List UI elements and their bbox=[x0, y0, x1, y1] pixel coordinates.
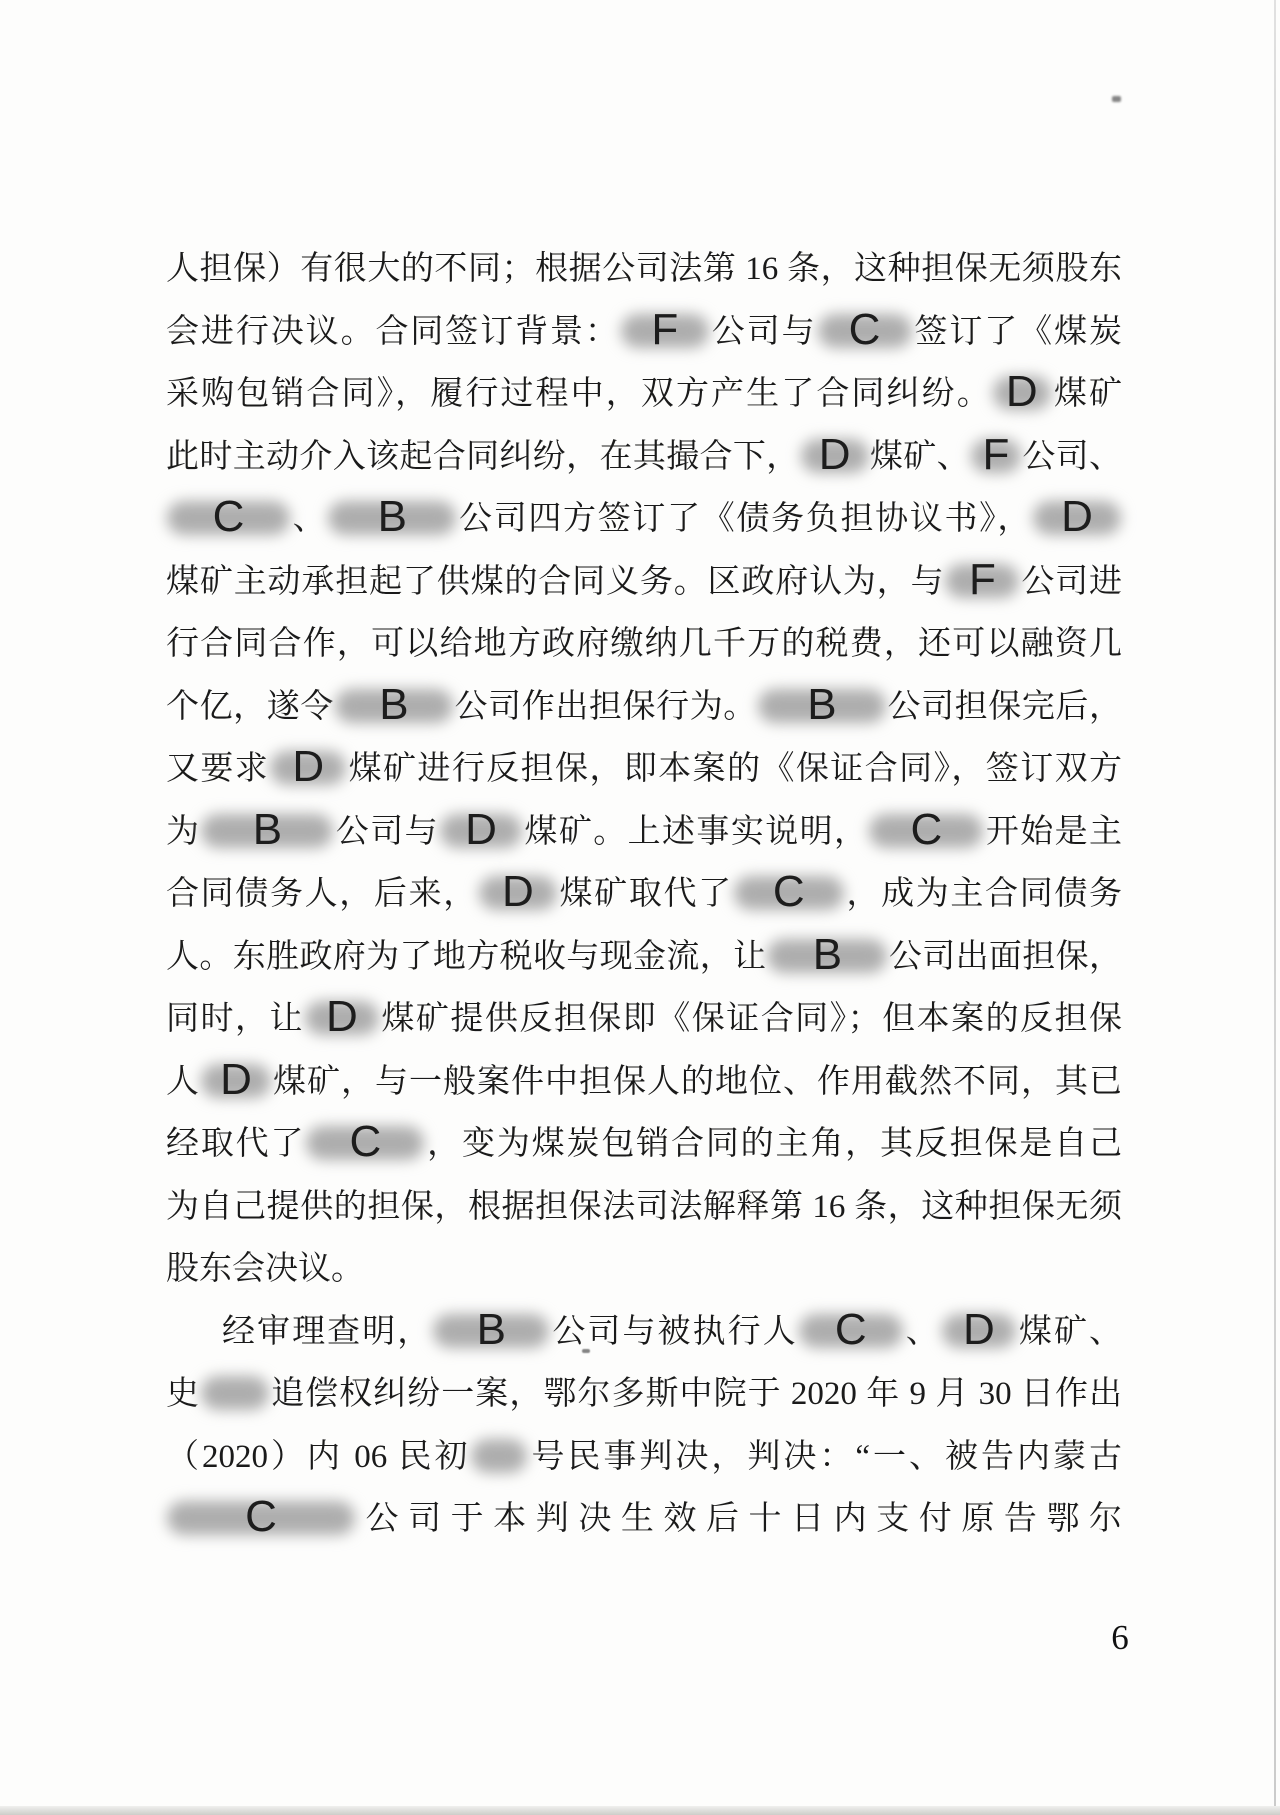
redaction-blob: D bbox=[800, 436, 870, 476]
redaction-label: D bbox=[800, 433, 870, 477]
text-line: 个亿，遂令B公司作出担保行为。B公司担保完后， bbox=[166, 684, 1122, 730]
text-segment: 人担保）有很大的不同；根据公司法第 16 条，这种担保无须股东 bbox=[166, 251, 1122, 287]
text-segment: 公司出面担保， bbox=[888, 939, 1122, 975]
text-segment: 公司四方签订了《债务负担协议书》， bbox=[457, 501, 1032, 537]
redaction-blob: F bbox=[944, 561, 1020, 601]
text-segment: 人。东胜政府为了地方税收与现金流，让 bbox=[166, 939, 766, 975]
text-segment: 、 bbox=[291, 501, 327, 537]
text-segment: 煤矿提供反担保即《保证合同》；但本案的反担保 bbox=[380, 1001, 1122, 1037]
text-line: C、B公司四方签订了《债务负担协议书》，D bbox=[166, 496, 1122, 542]
redaction-blob: B bbox=[757, 686, 887, 726]
redaction-label: F bbox=[970, 433, 1022, 477]
text-line: 人D煤矿，与一般案件中担保人的地位、作用截然不同，其已 bbox=[166, 1059, 1122, 1105]
text-line: 此时主动介入该起合同纠纷，在其撮合下，D煤矿、F公司、 bbox=[166, 434, 1122, 480]
redaction-blob: F bbox=[970, 436, 1022, 476]
text-segment: 煤矿。上述事实说明， bbox=[523, 814, 868, 850]
text-line: 为B公司与D煤矿。上述事实说明，C开始是主 bbox=[166, 809, 1122, 855]
scan-bottom-band bbox=[0, 1806, 1280, 1815]
text-segment: 公司与 bbox=[710, 314, 817, 350]
text-line: 采购包销合同》，履行过程中，双方产生了合同纠纷。D煤矿 bbox=[166, 371, 1122, 417]
scan-speck bbox=[582, 1349, 590, 1353]
redaction-blob: B bbox=[334, 686, 454, 726]
text-line: 股东会决议。 bbox=[166, 1246, 1122, 1292]
text-segment: ，变为煤炭包销合同的主角，其反担保是自己 bbox=[425, 1126, 1122, 1162]
text-line: 会进行决议。合同签订背景：F公司与C签订了《煤炭 bbox=[166, 309, 1122, 355]
text-segment: 公司与被执行人 bbox=[550, 1314, 797, 1350]
text-line: 合同债务人，后来，D煤矿取代了C，成为主合同债务 bbox=[166, 871, 1122, 917]
text-line: 为自己提供的担保，根据担保法司法解释第 16 条，这种担保无须 bbox=[166, 1184, 1122, 1230]
redaction-blob: D bbox=[478, 873, 558, 913]
redaction-blob: C bbox=[733, 873, 845, 913]
text-segment: 煤矿主动承担起了供煤的合同义务。区政府认为，与 bbox=[166, 564, 944, 600]
redaction-blob: D bbox=[269, 748, 347, 788]
text-segment: 合同债务人，后来， bbox=[166, 876, 478, 912]
redaction-label: D bbox=[1032, 495, 1122, 539]
redaction-blob: C bbox=[305, 1123, 425, 1163]
redaction-label: C bbox=[733, 870, 845, 914]
scan-speck bbox=[1112, 96, 1121, 102]
text-segment: 此时主动介入该起合同纠纷，在其撮合下， bbox=[166, 439, 800, 475]
redaction-blob: C bbox=[166, 1498, 356, 1538]
text-line: 经取代了C，变为煤炭包销合同的主角，其反担保是自己 bbox=[166, 1121, 1122, 1167]
redaction-label: C bbox=[166, 1495, 356, 1539]
redaction-blob: B bbox=[432, 1311, 550, 1351]
text-line: 史追偿权纠纷一案，鄂尔多斯中院于 2020 年 9 月 30 日作出 bbox=[166, 1371, 1122, 1417]
redaction-blob: D bbox=[200, 1061, 272, 1101]
redaction-label: F bbox=[944, 558, 1020, 602]
redaction-blob bbox=[470, 1436, 528, 1476]
text-segment: 人 bbox=[166, 1064, 200, 1100]
text-segment: 行合同合作，可以给地方政府缴纳几千万的税费，还可以融资几 bbox=[166, 626, 1122, 662]
text-segment: 为自己提供的担保，根据担保法司法解释第 16 条，这种担保无须 bbox=[166, 1189, 1122, 1225]
text-line: 人担保）有很大的不同；根据公司法第 16 条，这种担保无须股东 bbox=[166, 246, 1122, 292]
redaction-label: B bbox=[757, 683, 887, 727]
redaction-label: D bbox=[439, 808, 523, 852]
text-segment: 追偿权纠纷一案，鄂尔多斯中院于 2020 年 9 月 30 日作出 bbox=[270, 1376, 1122, 1412]
redaction-blob: D bbox=[941, 1311, 1017, 1351]
text-segment: 公司进 bbox=[1020, 564, 1122, 600]
redaction-label: D bbox=[200, 1058, 272, 1102]
text-segment: 公司作出担保行为。 bbox=[454, 689, 757, 725]
text-segment: 煤矿取代了 bbox=[558, 876, 733, 912]
redaction-label: D bbox=[304, 995, 380, 1039]
redaction-label: D bbox=[478, 870, 558, 914]
redaction-blob: B bbox=[200, 811, 334, 851]
text-segment: 煤矿进行反担保，即本案的《保证合同》，签订双方 bbox=[347, 751, 1122, 787]
redaction-blob: D bbox=[1032, 498, 1122, 538]
text-segment: 公司于本判决生效后十日内支付原告鄂尔 bbox=[356, 1501, 1122, 1537]
redaction-blob: B bbox=[327, 498, 457, 538]
text-line: 煤矿主动承担起了供煤的合同义务。区政府认为，与F公司进 bbox=[166, 559, 1122, 605]
text-segment: 为 bbox=[166, 814, 200, 850]
text-segment: 公司、 bbox=[1022, 439, 1122, 475]
text-segment: 公司担保完后， bbox=[887, 689, 1122, 725]
text-line: 同时，让D煤矿提供反担保即《保证合同》；但本案的反担保 bbox=[166, 996, 1122, 1042]
text-line: 行合同合作，可以给地方政府缴纳几千万的税费，还可以融资几 bbox=[166, 621, 1122, 667]
redaction-blob: D bbox=[439, 811, 523, 851]
redaction-label: B bbox=[334, 683, 454, 727]
text-segment: 煤矿、 bbox=[1017, 1314, 1122, 1350]
redaction-label: D bbox=[269, 745, 347, 789]
document-body: 人担保）有很大的不同；根据公司法第 16 条，这种担保无须股东会进行决议。合同签… bbox=[0, 0, 1280, 1815]
text-line: 又要求D煤矿进行反担保，即本案的《保证合同》，签订双方 bbox=[166, 746, 1122, 792]
redaction-label: F bbox=[620, 308, 710, 352]
text-segment: 煤矿 bbox=[1052, 376, 1122, 412]
redaction-label: C bbox=[166, 495, 291, 539]
text-line: 经审理查明，B公司与被执行人C、D煤矿、 bbox=[166, 1309, 1122, 1355]
redaction-label: D bbox=[941, 1308, 1017, 1352]
text-segment: 会进行决议。合同签订背景： bbox=[166, 314, 620, 350]
text-line: （2020）内 06 民初号民事判决，判决：“一、被告内蒙古 bbox=[166, 1434, 1122, 1480]
text-segment: 开始是主 bbox=[984, 814, 1122, 850]
text-segment: 煤矿，与一般案件中担保人的地位、作用截然不同，其已 bbox=[272, 1064, 1122, 1100]
text-segment: 经审理查明， bbox=[222, 1314, 432, 1350]
text-segment: （2020）内 06 民初 bbox=[166, 1439, 470, 1475]
text-segment: 史 bbox=[166, 1376, 200, 1412]
redaction-blob: F bbox=[620, 311, 710, 351]
text-segment: 又要求 bbox=[166, 751, 269, 787]
text-segment: 号民事判决，判决：“一、被告内蒙古 bbox=[528, 1439, 1122, 1475]
redaction-label: C bbox=[817, 308, 913, 352]
redaction-blob: D bbox=[992, 373, 1052, 413]
text-segment: 个亿，遂令 bbox=[166, 689, 334, 725]
text-line: C公司于本判决生效后十日内支付原告鄂尔 bbox=[166, 1496, 1122, 1542]
text-segment: 同时，让 bbox=[166, 1001, 304, 1037]
redaction-blob bbox=[200, 1373, 270, 1413]
text-segment: 公司与 bbox=[334, 814, 439, 850]
text-segment: 煤矿、 bbox=[870, 439, 970, 475]
scanned-document-page: 人担保）有很大的不同；根据公司法第 16 条，这种担保无须股东会进行决议。合同签… bbox=[0, 0, 1280, 1815]
redaction-label: B bbox=[766, 933, 888, 977]
redaction-label: C bbox=[305, 1120, 425, 1164]
redaction-blob: D bbox=[304, 998, 380, 1038]
text-segment: 采购包销合同》，履行过程中，双方产生了合同纠纷。 bbox=[166, 376, 992, 412]
redaction-label: C bbox=[798, 1308, 904, 1352]
redaction-blob: C bbox=[798, 1311, 904, 1351]
redaction-label: B bbox=[432, 1308, 550, 1352]
redaction-label: B bbox=[327, 495, 457, 539]
redaction-label: C bbox=[868, 808, 984, 852]
page-number: 6 bbox=[1096, 1618, 1144, 1658]
redaction-blob: B bbox=[766, 936, 888, 976]
redaction-label: B bbox=[200, 808, 334, 852]
redaction-blob: C bbox=[868, 811, 984, 851]
redaction-blob: C bbox=[166, 498, 291, 538]
text-segment: 经取代了 bbox=[166, 1126, 305, 1162]
text-segment: 签订了《煤炭 bbox=[913, 314, 1122, 350]
text-segment: 股东会决议。 bbox=[166, 1251, 364, 1287]
text-segment: ，成为主合同债务 bbox=[845, 876, 1122, 912]
redaction-label: D bbox=[992, 370, 1052, 414]
redaction-blob: C bbox=[817, 311, 913, 351]
text-segment: 、 bbox=[904, 1314, 941, 1350]
scan-edge-line bbox=[1274, 0, 1276, 1815]
text-line: 人。东胜政府为了地方税收与现金流，让B公司出面担保， bbox=[166, 934, 1122, 980]
